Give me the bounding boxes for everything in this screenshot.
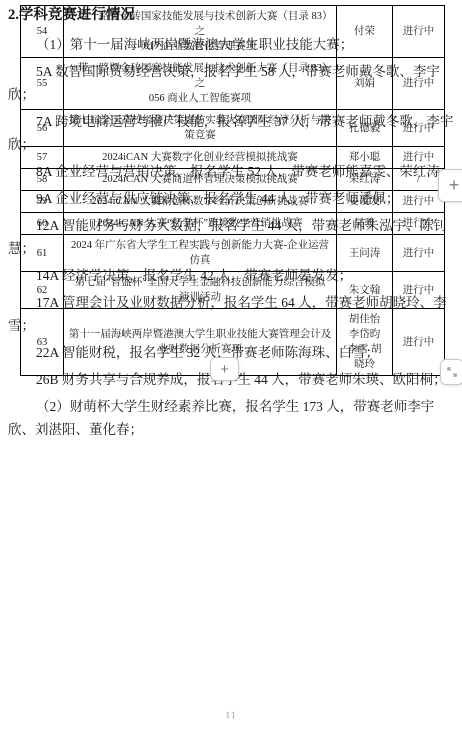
cell-teacher-names: 吴骏 — [337, 213, 393, 235]
cell-competition-name: 第七届“智盛杯”全国大学生金融科技创新能力综合模拟 演训活动 — [64, 272, 337, 309]
cell-row-number: 56 — [21, 110, 64, 147]
table-row: 54 一带一路暨金砖国家技能发展与技术创新大赛（目录 83） 之 017 企业数… — [21, 6, 445, 58]
cell-competition-name: 一带一路暨金砖国家技能发展与技术创新大赛（目录 83） 之 017 企业数智化管… — [64, 6, 337, 58]
cell-teacher-names: 荣红涛 — [337, 169, 393, 191]
add-button-inline[interactable]: + — [210, 357, 239, 381]
cell-status: 进行中 — [393, 235, 445, 272]
competition-table: 54 一带一路暨金砖国家技能发展与技术创新大赛（目录 83） 之 017 企业数… — [20, 5, 445, 376]
cell-status: 进行中 — [393, 110, 445, 147]
cell-status: 进行中 — [393, 6, 445, 58]
add-button-right[interactable]: + — [438, 169, 462, 202]
table-row: 62 第七届“智盛杯”全国大学生金融科技创新能力综合模拟 演训活动 朱文翰 进行… — [21, 272, 445, 309]
competition-table-body: 54 一带一路暨金砖国家技能发展与技术创新大赛（目录 83） 之 017 企业数… — [21, 6, 445, 376]
cell-teacher-names: 胡佳怡 李岱昀 李雪 胡 晓玲 — [337, 309, 393, 376]
table-row: 56 第七届全国高校经济决策虚仿实验大赛国际经济分析与决 策竞赛 孔德毅 进行中 — [21, 110, 445, 147]
table-row: 57 2024iCAN 大赛数字化创业经营模拟挑战赛 郑小聪 进行中 — [21, 147, 445, 169]
cell-teacher-names: 朱文翰 — [337, 272, 393, 309]
plus-icon: + — [220, 361, 229, 378]
page-number: 11 — [0, 711, 462, 721]
cell-teacher-names: 刘娟 — [337, 58, 393, 110]
cell-row-number: 55 — [21, 58, 64, 110]
cell-status: 进行中 — [393, 272, 445, 309]
cell-competition-name: 2024iCAN 大赛数字化创业经营模拟挑战赛 — [64, 147, 337, 169]
competition-table-wrapper: 54 一带一路暨金砖国家技能发展与技术创新大赛（目录 83） 之 017 企业数… — [20, 5, 444, 376]
table-row: 55 一带一路暨金砖国家技能发展与技术创新大赛（目录 83） 之 056 商业人… — [21, 58, 445, 110]
cell-status: 进行中 — [393, 309, 445, 376]
table-row: 61 2024 年广东省大学生工程实践与创新能力大赛-企业运营 仿真 王问涛 进… — [21, 235, 445, 272]
cell-competition-name: 2024iCAN 大赛精创杯数字经济决策创新挑战赛 — [64, 191, 337, 213]
cell-row-number: 61 — [21, 235, 64, 272]
cell-status: 进行中 — [393, 147, 445, 169]
cell-status: / — [393, 169, 445, 191]
cell-status: 进行中 — [393, 58, 445, 110]
body-paragraph: （2）财萌杯大学生财经素养比赛，报名学生 173 人，带赛老师李宇欣、刘湛阳、董… — [8, 395, 456, 441]
table-row: 60 2024iCAN 大赛“亿学杯”跨境数字营销挑战赛 吴骏 进行中 — [21, 213, 445, 235]
cell-competition-name: 2024 年广东省大学生工程实践与创新能力大赛-企业运营 仿真 — [64, 235, 337, 272]
cell-row-number: 57 — [21, 147, 64, 169]
cell-teacher-names: 王问涛 — [337, 235, 393, 272]
cell-status: 进行中 — [393, 191, 445, 213]
cell-competition-name: 第十一届海峡两岸暨港澳大学生职业技能大赛管理会计及 业财数据分析赛项 — [64, 309, 337, 376]
cell-teacher-names: 郑小聪 — [337, 147, 393, 169]
cell-teacher-names: 孔德毅 — [337, 110, 393, 147]
table-row: 59 2024iCAN 大赛精创杯数字经济决策创新挑战赛 晏发发 进行中 — [21, 191, 445, 213]
cell-row-number: 63 — [21, 309, 64, 376]
cell-row-number: 59 — [21, 191, 64, 213]
cell-teacher-names: 付荣 — [337, 6, 393, 58]
resize-expand-icon — [446, 366, 458, 378]
resize-expand-button[interactable] — [440, 359, 462, 385]
cell-row-number: 54 — [21, 6, 64, 58]
cell-competition-name: 第七届全国高校经济决策虚仿实验大赛国际经济分析与决 策竞赛 — [64, 110, 337, 147]
cell-competition-name: 2024iCAN 大赛“亿学杯”跨境数字营销挑战赛 — [64, 213, 337, 235]
cell-status: 进行中 — [393, 213, 445, 235]
table-row: 58 2024iCAN 大赛商道杯管理决策模拟挑战赛 荣红涛 / — [21, 169, 445, 191]
plus-icon: + — [449, 175, 460, 196]
cell-row-number: 60 — [21, 213, 64, 235]
cell-competition-name: 一带一路暨金砖国家技能发展与技术创新大赛（目录 83） 之 056 商业人工智能… — [64, 58, 337, 110]
cell-competition-name: 2024iCAN 大赛商道杯管理决策模拟挑战赛 — [64, 169, 337, 191]
cell-row-number: 62 — [21, 272, 64, 309]
cell-teacher-names: 晏发发 — [337, 191, 393, 213]
document-page: { "document": { "table": { "rows": [ { "… — [0, 0, 462, 736]
cell-row-number: 58 — [21, 169, 64, 191]
